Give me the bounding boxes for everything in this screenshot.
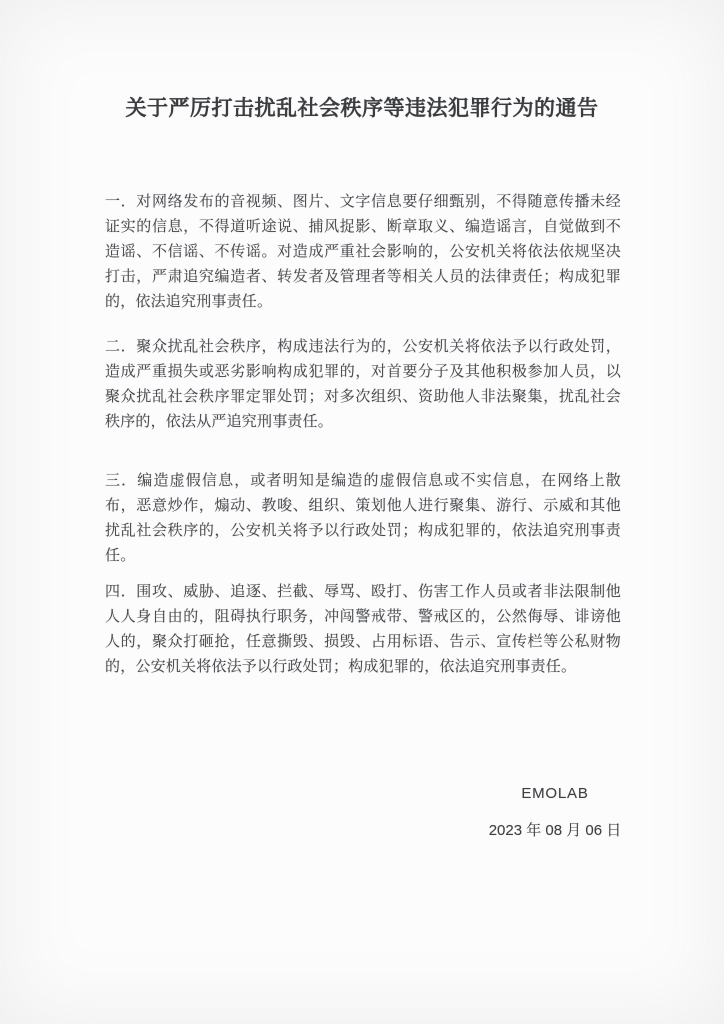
- notice-paragraph-3: 三．编造虚假信息，或者明知是编造的虚假信息或不实信息，在网络上散布，恶意炒作，煽…: [105, 469, 621, 569]
- signature: EMOLAB: [455, 785, 655, 802]
- notice-paragraph-4: 四．围攻、威胁、追逐、拦截、辱骂、殴打、伤害工作人员或者非法限制他人人身自由的，…: [105, 580, 621, 680]
- notice-title: 关于严厉打击扰乱社会秩序等违法犯罪行为的通告: [0, 92, 724, 122]
- notice-document: 关于严厉打击扰乱社会秩序等违法犯罪行为的通告 一．对网络发布的音视频、图片、文字…: [0, 0, 724, 1024]
- notice-date: 2023 年 08 月 06 日: [455, 819, 655, 840]
- notice-paragraph-1: 一．对网络发布的音视频、图片、文字信息要仔细甄别，不得随意传播未经证实的信息，不…: [105, 190, 621, 315]
- notice-paragraph-2: 二．聚众扰乱社会秩序，构成违法行为的，公安机关将依法予以行政处罚，造成严重损失或…: [105, 335, 621, 435]
